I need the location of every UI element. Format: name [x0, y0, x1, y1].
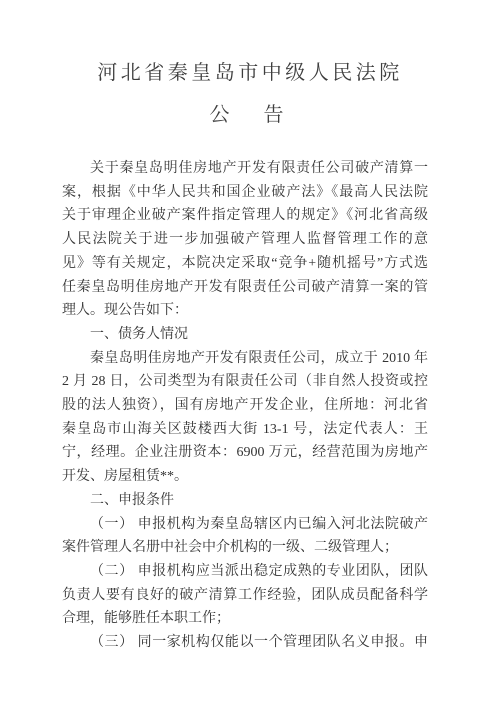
doc-line: 股的法人独资），国有房地产开发企业，住所地：河北省 [62, 394, 428, 418]
doc-line: 案件管理人名册中社会中介机构的一级、二级管理人； [62, 536, 428, 560]
doc-line: 开发、房屋租赁**。 [62, 465, 428, 489]
doc-line: 关于审理企业破产案件指定管理人的规定》《河北省高级 [62, 204, 428, 228]
section-heading-conditions: 二、申报条件 [62, 489, 428, 513]
doc-line: 负责人要有良好的破产清算工作经验，团队成员配备科学 [62, 584, 428, 608]
doc-line: （二） 申报机构应当派出稳定成熟的专业团队，团队 [62, 560, 428, 584]
doc-line: （一） 申报机构为秦皇岛辖区内已编入河北法院破产 [62, 513, 428, 537]
doc-line: 关于秦皇岛明佳房地产开发有限责任公司破产清算一 [62, 157, 428, 181]
doc-line: 任秦皇岛明佳房地产开发有限责任公司破产清算一案的管 [62, 276, 428, 300]
doc-line: 合理，能够胜任本职工作； [62, 607, 428, 631]
section-heading-debtor: 一、债务人情况 [62, 323, 428, 347]
document-title: 河北省秦皇岛市中级人民法院 [0, 0, 500, 89]
document-page: 河北省秦皇岛市中级人民法院 公 告 关于秦皇岛明佳房地产开发有限责任公司破产清算… [0, 0, 500, 707]
doc-line: 秦皇岛明佳房地产开发有限责任公司，成立于 2010 年 [62, 347, 428, 371]
doc-line: 人民法院关于进一步加强破产管理人监督管理工作的意 [62, 228, 428, 252]
doc-line: 案，根据《中华人民共和国企业破产法》《最高人民法院 [62, 181, 428, 205]
document-body: 关于秦皇岛明佳房地产开发有限责任公司破产清算一 案，根据《中华人民共和国企业破产… [0, 157, 428, 655]
doc-line: 2 月 28 日，公司类型为有限责任公司（非自然人投资或控 [62, 370, 428, 394]
doc-line: 理人。现公告如下： [62, 299, 428, 323]
doc-line: 宁，经理。企业注册资本：6900 万元，经营范围为房地产 [62, 441, 428, 465]
doc-line: 秦皇岛市山海关区鼓楼西大街 13-1 号，法定代表人：王 [62, 418, 428, 442]
document-subtitle: 公 告 [0, 99, 500, 131]
doc-line: （三） 同一家机构仅能以一个管理团队名义申报。申 [62, 631, 428, 655]
doc-line: 见》等有关规定，本院决定采取“竞争+随机摇号”方式选 [62, 252, 428, 276]
